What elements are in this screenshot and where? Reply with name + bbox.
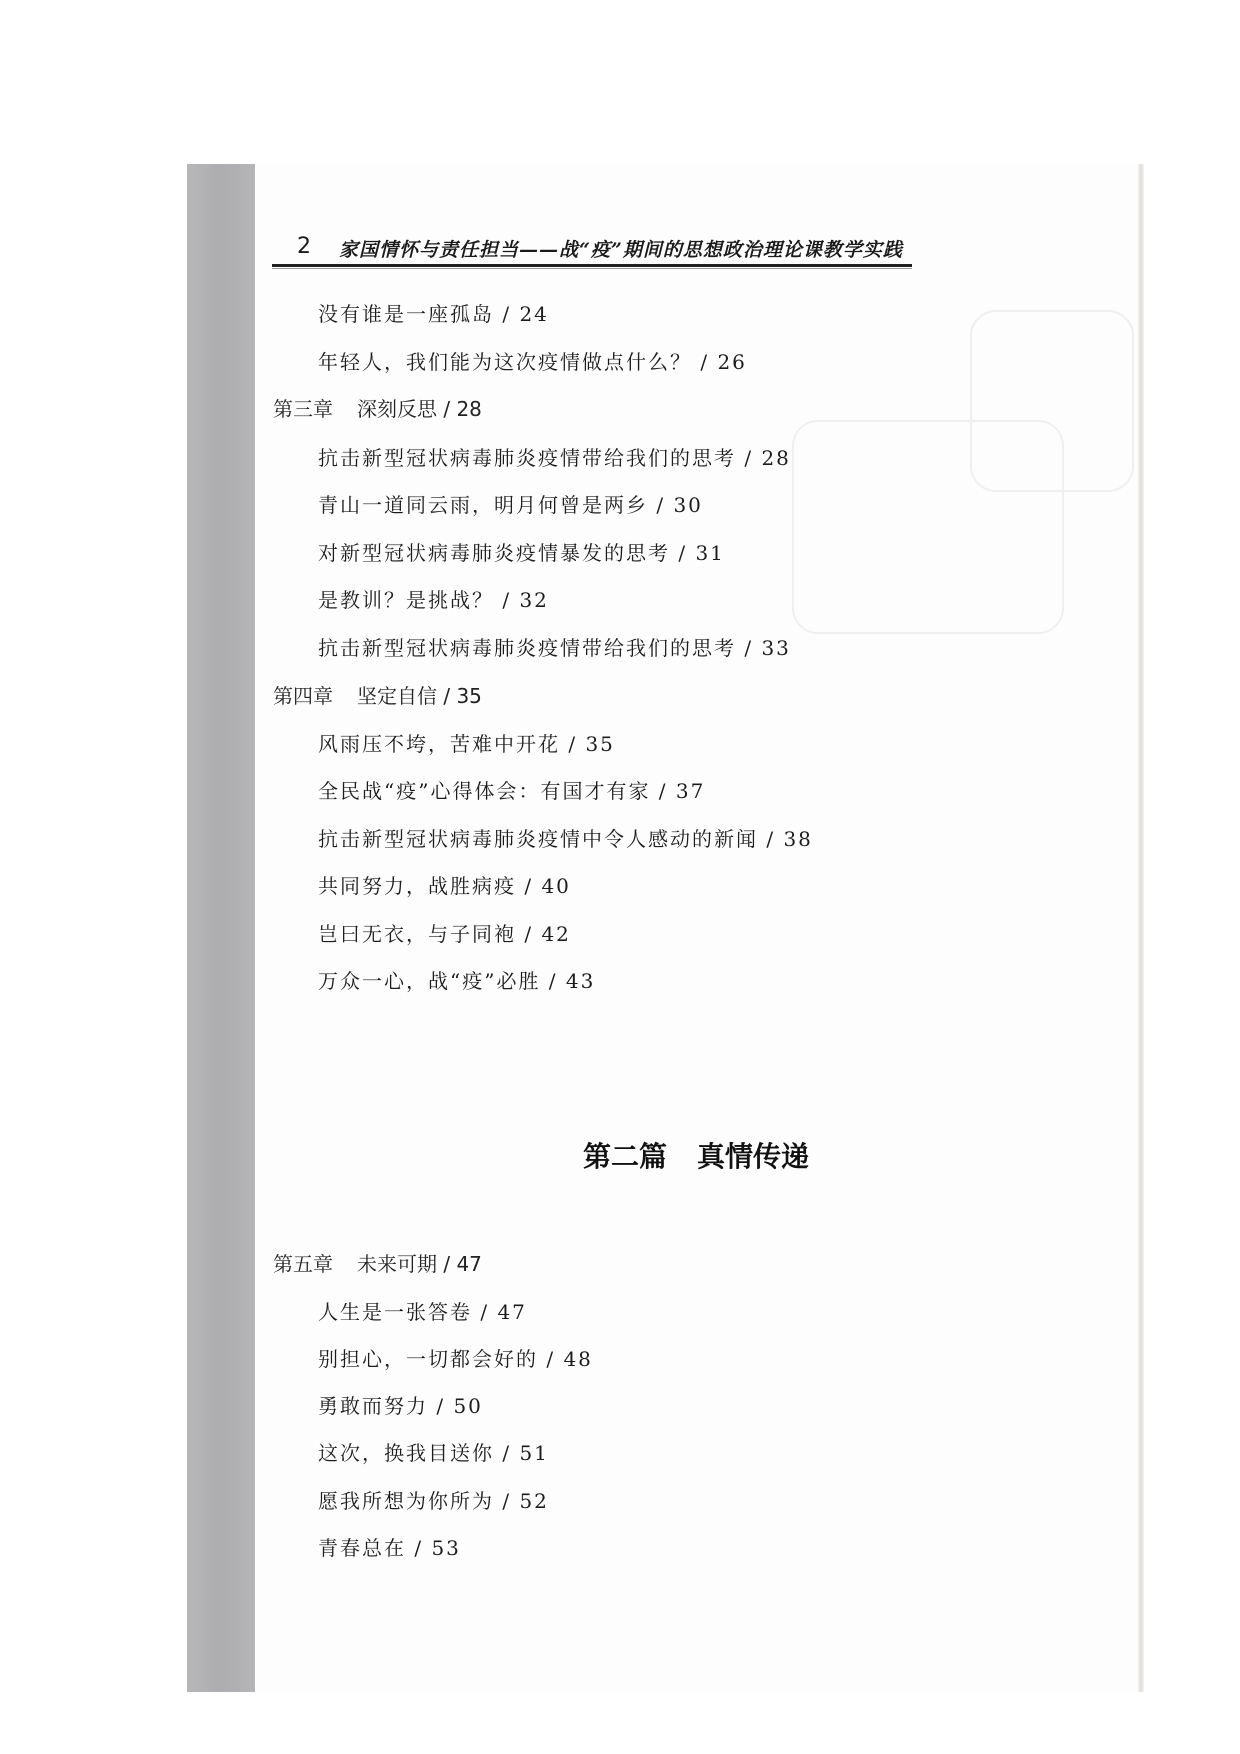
entry-title: 风雨压不垮，苦难中开花 (318, 732, 560, 756)
toc-chapter-entry: 第四章坚定自信 / 35 (273, 684, 482, 708)
page-separator: / (494, 588, 519, 612)
toc-article-entry: 青春总在 / 53 (318, 1536, 461, 1560)
entry-page-number: 37 (676, 779, 705, 803)
page-separator: / (437, 1252, 456, 1276)
toc-article-entry: 共同努力，战胜病疫 / 40 (318, 874, 571, 898)
entry-title: 全民战“疫”心得体会：有国才有家 (318, 779, 650, 803)
entry-page-number: 28 (761, 446, 790, 470)
entry-title: 抗击新型冠状病毒肺炎疫情带给我们的思考 (318, 636, 736, 660)
page-separator: / (437, 397, 456, 421)
toc-article-entry: 是教训？是挑战？ / 32 (318, 588, 549, 612)
header-rule-thin (272, 268, 912, 269)
entry-title: 勇敢而努力 (318, 1394, 428, 1418)
page-separator: / (692, 350, 717, 374)
entry-page-number: 50 (453, 1394, 482, 1418)
entry-page-number: 42 (541, 922, 570, 946)
entry-title: 抗击新型冠状病毒肺炎疫情中令人感动的新闻 (318, 827, 758, 851)
toc-article-entry: 别担心，一切都会好的 / 48 (318, 1347, 593, 1371)
entry-title: 没有谁是一座孤岛 (318, 302, 494, 326)
bleed-through-frame (792, 420, 1064, 634)
chapter-number: 第四章 (273, 684, 333, 708)
entry-title: 人生是一张答卷 (318, 1300, 472, 1324)
entry-page-number: 38 (783, 827, 812, 851)
page-separator: / (494, 1489, 519, 1513)
page-separator: / (494, 302, 519, 326)
entry-title: 青山一道同云雨，明月何曾是两乡 (318, 493, 648, 517)
toc-article-entry: 抗击新型冠状病毒肺炎疫情带给我们的思考 / 33 (318, 636, 791, 660)
toc-article-entry: 岂曰无衣，与子同袍 / 42 (318, 922, 571, 946)
toc-article-entry: 风雨压不垮，苦难中开花 / 35 (318, 732, 615, 756)
page-separator: / (670, 541, 695, 565)
chapter-number: 第三章 (273, 397, 333, 421)
entry-title: 年轻人，我们能为这次疫情做点什么？ (318, 350, 692, 374)
entry-page-number: 32 (519, 588, 548, 612)
page-separator: / (516, 922, 541, 946)
entry-title: 共同努力，战胜病疫 (318, 874, 516, 898)
entry-title: 坚定自信 (357, 684, 437, 708)
entry-title: 愿我所想为你所为 (318, 1489, 494, 1513)
toc-article-entry: 万众一心，战“疫”必胜 / 43 (318, 969, 595, 993)
entry-page-number: 51 (519, 1441, 548, 1465)
toc-article-entry: 对新型冠状病毒肺炎疫情暴发的思考 / 31 (318, 541, 725, 565)
entry-title: 岂曰无衣，与子同袍 (318, 922, 516, 946)
page-separator: / (736, 446, 761, 470)
page-separator: / (472, 1300, 497, 1324)
entry-page-number: 24 (519, 302, 548, 326)
entry-title: 这次，换我目送你 (318, 1441, 494, 1465)
entry-page-number: 31 (695, 541, 724, 565)
entry-page-number: 48 (563, 1347, 592, 1371)
entry-page-number: 53 (431, 1536, 460, 1560)
entry-page-number: 47 (497, 1300, 526, 1324)
running-head: 2 家国情怀与责任担当——战“疫”期间的思想政治理论课教学实践 (275, 234, 915, 266)
entry-page-number: 28 (456, 397, 481, 421)
page-number: 2 (297, 234, 311, 259)
part-heading: 第二篇真情传递 (583, 1135, 809, 1175)
toc-chapter-entry: 第五章未来可期 / 47 (273, 1252, 482, 1276)
toc-article-entry: 全民战“疫”心得体会：有国才有家 / 37 (318, 779, 705, 803)
toc-article-entry: 抗击新型冠状病毒肺炎疫情带给我们的思考 / 28 (318, 446, 791, 470)
binding-gutter (187, 164, 255, 1692)
entry-title: 深刻反思 (357, 397, 437, 421)
entry-title: 是教训？是挑战？ (318, 588, 494, 612)
toc-article-entry: 勇敢而努力 / 50 (318, 1394, 483, 1418)
entry-page-number: 33 (761, 636, 790, 660)
toc-chapter-entry: 第三章深刻反思 / 28 (273, 397, 482, 421)
page-separator: / (540, 969, 565, 993)
header-rule (272, 264, 912, 267)
toc-article-entry: 人生是一张答卷 / 47 (318, 1300, 527, 1324)
entry-title: 青春总在 (318, 1536, 406, 1560)
part-name: 真情传递 (697, 1140, 809, 1173)
entry-page-number: 35 (585, 732, 614, 756)
entry-page-number: 26 (717, 350, 746, 374)
page-separator: / (736, 636, 761, 660)
toc-article-entry: 没有谁是一座孤岛 / 24 (318, 302, 549, 326)
entry-page-number: 35 (456, 684, 481, 708)
toc-article-entry: 愿我所想为你所为 / 52 (318, 1489, 549, 1513)
chapter-number: 第五章 (273, 1252, 333, 1276)
entry-title: 对新型冠状病毒肺炎疫情暴发的思考 (318, 541, 670, 565)
page-separator: / (437, 684, 456, 708)
toc-article-entry: 年轻人，我们能为这次疫情做点什么？ / 26 (318, 350, 747, 374)
toc-article-entry: 抗击新型冠状病毒肺炎疫情中令人感动的新闻 / 38 (318, 827, 813, 851)
page-separator: / (406, 1536, 431, 1560)
entry-page-number: 30 (673, 493, 702, 517)
page-edge-shadow (1138, 164, 1144, 1692)
entry-page-number: 47 (456, 1252, 481, 1276)
toc-article-entry: 青山一道同云雨，明月何曾是两乡 / 30 (318, 493, 703, 517)
entry-title: 抗击新型冠状病毒肺炎疫情带给我们的思考 (318, 446, 736, 470)
entry-page-number: 40 (541, 874, 570, 898)
entry-page-number: 52 (519, 1489, 548, 1513)
entry-page-number: 43 (566, 969, 595, 993)
page-separator: / (648, 493, 673, 517)
book-title: 家国情怀与责任担当——战“疫”期间的思想政治理论课教学实践 (339, 235, 903, 262)
entry-title: 万众一心，战“疫”必胜 (318, 969, 540, 993)
entry-title: 未来可期 (357, 1252, 437, 1276)
page-separator: / (650, 779, 675, 803)
page-separator: / (560, 732, 585, 756)
page-separator: / (494, 1441, 519, 1465)
page-separator: / (538, 1347, 563, 1371)
page-separator: / (758, 827, 783, 851)
entry-title: 别担心，一切都会好的 (318, 1347, 538, 1371)
page-separator: / (516, 874, 541, 898)
part-number: 第二篇 (583, 1140, 667, 1173)
toc-article-entry: 这次，换我目送你 / 51 (318, 1441, 549, 1465)
page-separator: / (428, 1394, 453, 1418)
